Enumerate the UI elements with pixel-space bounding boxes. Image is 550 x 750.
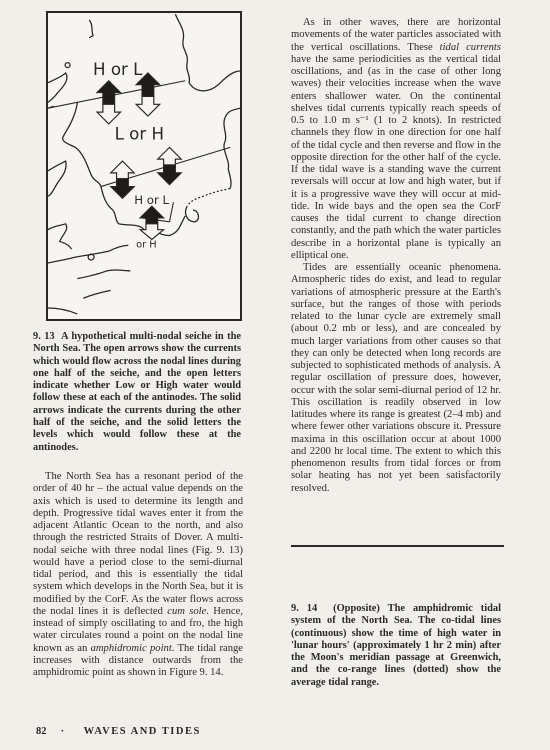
caption-text: (Opposite) The amphidromic tidal system … (291, 603, 501, 688)
caption-text: A hypothetical multi-nodal seiche in the… (33, 331, 241, 453)
label-l-or-h-middle: L or H (115, 125, 164, 144)
svg-text:H or L: H or L (134, 193, 169, 207)
paragraph: As in other waves, there are horizontal … (291, 17, 501, 262)
figure-9-13-map: H or L L or H H or L or H (46, 11, 242, 321)
label-h-or-l-top: H or L (93, 60, 143, 79)
svg-text:or H: or H (136, 239, 156, 250)
footer-separator: · (61, 726, 66, 737)
left-column-text: The North Sea has a resonant period of t… (33, 471, 243, 679)
page-footer: 82 · WAVES AND TIDES (36, 726, 201, 737)
divider-rule (291, 545, 504, 547)
paragraph: The North Sea has a resonant period of t… (33, 471, 243, 679)
book-page: H or L L or H H or L or H 9. 13 A hypoth… (0, 0, 550, 750)
figure-9-13-caption: 9. 13 A hypothetical multi-nodal seiche … (33, 331, 241, 454)
figure-9-14-caption: 9. 14 (Opposite) The amphidromic tidal s… (291, 603, 501, 689)
right-column-text: As in other waves, there are horizontal … (291, 17, 501, 495)
page-number: 82 (36, 726, 47, 737)
caption-number: 9. 14 (291, 603, 317, 614)
paragraph: Tides are essentially oceanic phenomena.… (291, 262, 501, 495)
north-sea-map-icon: H or L L or H H or L or H (48, 13, 240, 319)
caption-number: 9. 13 (33, 331, 55, 342)
running-head: WAVES AND TIDES (84, 726, 201, 737)
